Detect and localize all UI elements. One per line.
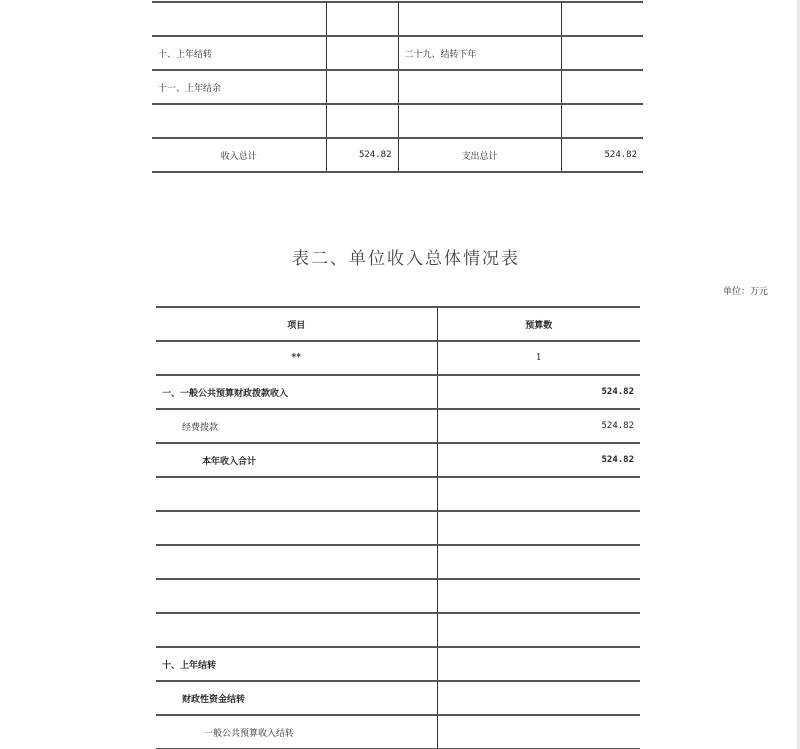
value-cell: 524.82 xyxy=(437,443,640,477)
income-expense-summary-table: 十、上年结转 二十九、结转下年 十一、上年结余 收入总计 524.82 支出总计… xyxy=(152,1,643,173)
header-row: 项目 预算数 xyxy=(156,307,640,341)
value-cell xyxy=(437,579,640,613)
right-label-cell: 二十九、结转下年 xyxy=(398,36,561,70)
table-row xyxy=(156,613,640,647)
right-label-cell xyxy=(398,70,561,104)
unit-label: 单位：万元 xyxy=(723,284,768,297)
item-cell: 本年收入合计 xyxy=(156,443,437,477)
table-row xyxy=(156,477,640,511)
value-cell: 524.82 xyxy=(437,375,640,409)
table-row: 十、上年结转 二十九、结转下年 xyxy=(152,36,643,70)
left-value-cell xyxy=(326,2,398,36)
item-cell: ** xyxy=(156,341,437,375)
item-cell: 十、上年结转 xyxy=(156,647,437,681)
left-label-cell xyxy=(152,104,326,138)
item-cell: 财政性资金结转 xyxy=(156,681,437,715)
right-value-cell xyxy=(561,70,643,104)
table-row: 经费拨款 524.82 xyxy=(156,409,640,443)
item-cell xyxy=(156,613,437,647)
table-title: 表二、单位收入总体情况表 xyxy=(292,244,520,269)
expense-total-label: 支出总计 xyxy=(398,138,561,172)
total-row: 收入总计 524.82 支出总计 524.82 xyxy=(152,138,643,172)
table-row xyxy=(156,511,640,545)
item-cell: 一般公共预算收入结转 xyxy=(156,715,437,749)
value-cell: 1 xyxy=(437,341,640,375)
value-cell xyxy=(437,647,640,681)
value-cell xyxy=(437,681,640,715)
table-row: 一般公共预算收入结转 xyxy=(156,715,640,749)
left-label-cell: 十一、上年结余 xyxy=(152,70,326,104)
left-label-cell xyxy=(152,2,326,36)
income-total-label: 收入总计 xyxy=(152,138,326,172)
right-value-cell xyxy=(561,36,643,70)
table-row xyxy=(152,104,643,138)
left-value-cell xyxy=(326,36,398,70)
table-row: 一、一般公共预算财政拨款收入 524.82 xyxy=(156,375,640,409)
table-row: 十、上年结转 xyxy=(156,647,640,681)
header-item: 项目 xyxy=(156,307,437,341)
table-row: 本年收入合计 524.82 xyxy=(156,443,640,477)
table-row: 十一、上年结余 xyxy=(152,70,643,104)
income-total-value: 524.82 xyxy=(326,138,398,172)
item-cell xyxy=(156,511,437,545)
value-cell xyxy=(437,613,640,647)
item-cell xyxy=(156,545,437,579)
header-budget: 预算数 xyxy=(437,307,640,341)
table-row xyxy=(156,579,640,613)
left-label-cell: 十、上年结转 xyxy=(152,36,326,70)
table-row: 财政性资金结转 xyxy=(156,681,640,715)
right-label-cell xyxy=(398,104,561,138)
value-cell xyxy=(437,545,640,579)
unit-income-overview-table: 项目 预算数 ** 1 一、一般公共预算财政拨款收入 524.82 经费拨款 5… xyxy=(156,306,640,749)
item-cell: 一、一般公共预算财政拨款收入 xyxy=(156,375,437,409)
value-cell xyxy=(437,477,640,511)
table-row: ** 1 xyxy=(156,341,640,375)
value-cell: 524.82 xyxy=(437,409,640,443)
table-row xyxy=(152,2,643,36)
item-cell xyxy=(156,477,437,511)
left-value-cell xyxy=(326,70,398,104)
value-cell xyxy=(437,511,640,545)
right-label-cell xyxy=(398,2,561,36)
right-value-cell xyxy=(561,2,643,36)
expense-total-value: 524.82 xyxy=(561,138,643,172)
item-cell: 经费拨款 xyxy=(156,409,437,443)
table-row xyxy=(156,545,640,579)
right-value-cell xyxy=(561,104,643,138)
left-value-cell xyxy=(326,104,398,138)
value-cell xyxy=(437,715,640,749)
item-cell xyxy=(156,579,437,613)
